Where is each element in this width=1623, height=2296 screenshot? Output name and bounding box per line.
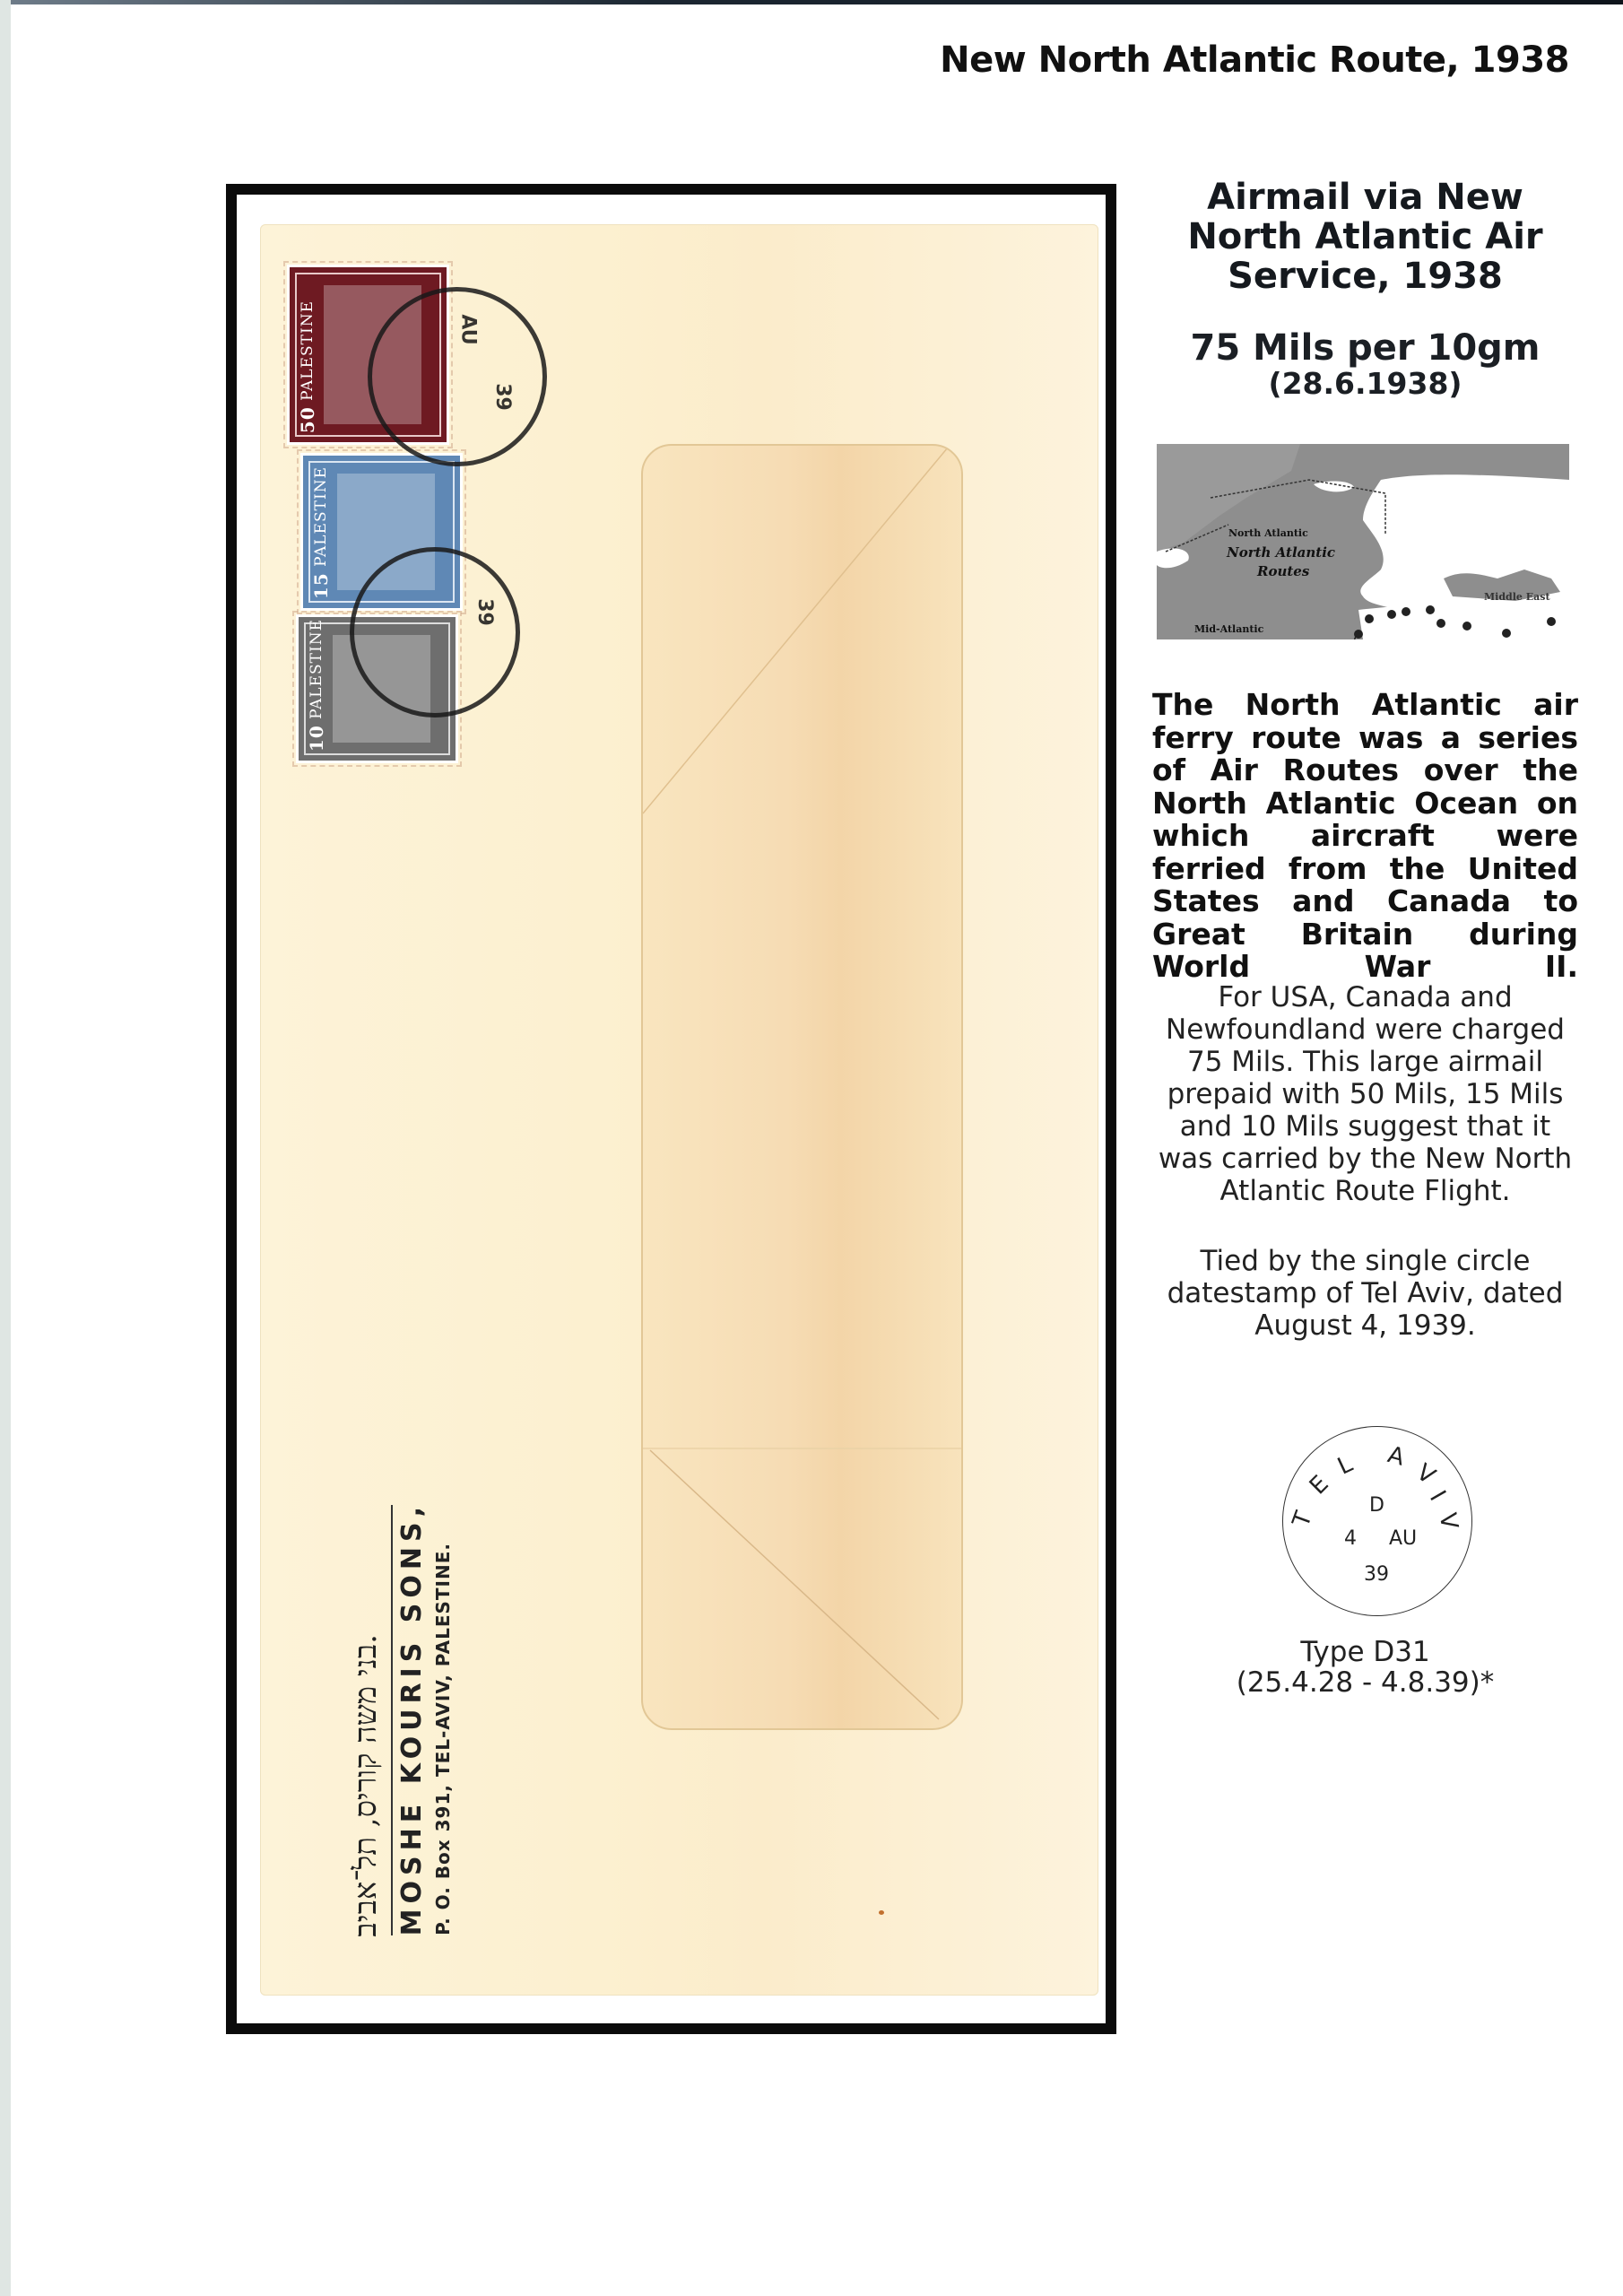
imprint-rule [391, 1505, 393, 1935]
sender-name: MOSHE KOURIS SONS, [396, 1501, 428, 1935]
scan-left-edge [0, 0, 11, 2296]
datestamp-paragraph: Tied by the single circle datestamp of T… [1152, 1245, 1578, 1342]
route-description: The North Atlantic air ferry route was a… [1152, 689, 1578, 984]
type-label: Type D31 [1152, 1637, 1578, 1667]
datestamp-month: AU [1389, 1527, 1417, 1550]
sender-hebrew: בני משה קוריס, תל־אביב. [348, 1634, 384, 1937]
stamp-country: PALESTINE [299, 300, 317, 401]
map-label: Mid-Atlantic [1194, 623, 1263, 635]
rate-paragraph: For USA, Canada and Newfoundland were ch… [1152, 981, 1578, 1207]
rate-text: 75 Mils per 10gm [1152, 330, 1578, 366]
rate-date: (28.6.1938) [1152, 366, 1578, 401]
map-label: North Atlantic [1227, 544, 1335, 561]
scan-top-edge [0, 0, 1623, 4]
map-label: North Atlantic [1228, 527, 1308, 539]
tel-aviv-datestamp-illustration: T E L A V I V D 4 AU 39 [1282, 1426, 1472, 1616]
map-label: Routes [1257, 563, 1309, 579]
postmark-year: 39 [473, 598, 496, 626]
envelope-window [641, 444, 963, 1730]
stamp-country: PALESTINE [312, 466, 330, 567]
page-title: New North Atlantic Route, 1938 [940, 39, 1569, 81]
window-fold-lines [643, 446, 961, 1728]
stamp-value: 50 [297, 406, 318, 433]
datestamp-type: Type D31 (25.4.28 - 4.8.39)* [1152, 1637, 1578, 1698]
stamp-value: 10 [306, 725, 327, 752]
stain-dot [879, 1910, 884, 1915]
sender-imprint: בני משה קוריס, תל־אביב. MOSHE KOURIS SON… [339, 1453, 482, 1955]
route-map: North Atlantic North Atlantic Routes Mid… [1157, 444, 1569, 639]
datestamp-code: D [1369, 1494, 1384, 1517]
stamp-value: 15 [310, 572, 332, 599]
stamp-country: PALESTINE [308, 619, 325, 719]
map-graphic [1157, 444, 1569, 639]
sender-address: P. O. Box 391, TEL-AVIV, PALESTINE. [432, 1543, 454, 1935]
datestamp-day: 4 [1344, 1527, 1357, 1550]
postmark-year: 39 [491, 383, 514, 411]
postmark-circle-lower [350, 547, 520, 717]
map-label: Middle East [1484, 591, 1550, 603]
datestamp-year: 39 [1364, 1563, 1389, 1586]
type-range: (25.4.28 - 4.8.39)* [1152, 1667, 1578, 1698]
exhibit-heading: Airmail via New North Atlantic Air Servi… [1152, 178, 1578, 296]
postmark-month: AU [457, 314, 480, 344]
airmail-envelope: 50 PALESTINE 15 PALESTINE 10 PALESTINE 3… [260, 224, 1098, 1996]
